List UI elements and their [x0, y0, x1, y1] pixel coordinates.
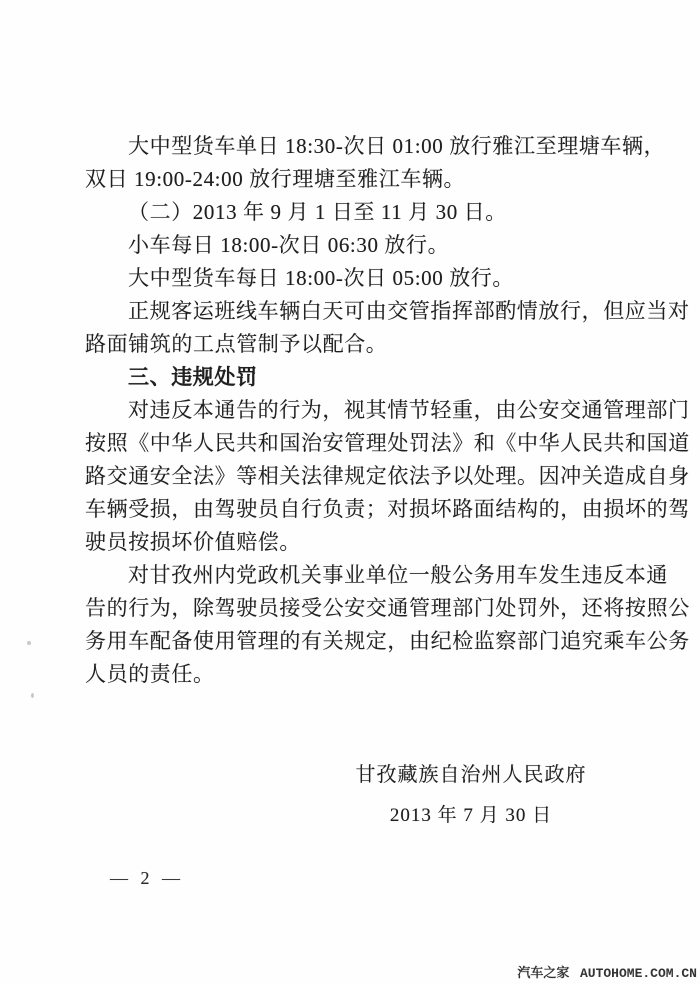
scan-speckle [27, 641, 31, 645]
text-line: 路交通安全法》等相关法律规定依法予以处理。因冲关造成自身 [85, 460, 630, 493]
text-line: 大中型货车单日 18:30-次日 01:00 放行雅江至理塘车辆， [85, 130, 630, 163]
text-line: 车辆受损，由驾驶员自行负责；对损坏路面结构的，由损坏的驾 [85, 493, 630, 526]
signature-block: 甘孜藏族自治州人民政府 2013 年 7 月 30 日 [351, 761, 591, 829]
document-body: 大中型货车单日 18:30-次日 01:00 放行雅江至理塘车辆，双日 19:0… [85, 130, 630, 691]
text-line: 正规客运班线车辆白天可由交管指挥部酌情放行，但应当对 [85, 295, 630, 328]
text-line: （二）2013 年 9 月 1 日至 11 月 30 日。 [85, 196, 630, 229]
watermark: 汽车之家 AUTOHOME.COM.CN [517, 962, 697, 981]
text-line: 告的行为，除驾驶员接受公安交通管理部门处罚外，还将按照公 [85, 592, 630, 625]
text-line: 务用车配备使用管理的有关规定，由纪检监察部门追究乘车公务 [85, 625, 630, 658]
text-line: 双日 19:00-24:00 放行理塘至雅江车辆。 [85, 163, 630, 196]
page-number: — 2 — [110, 868, 184, 889]
text-line: 小车每日 18:00-次日 06:30 放行。 [85, 229, 630, 262]
watermark-site-name: 汽车之家 [517, 965, 569, 980]
text-line: 对违反本通告的行为，视其情节轻重，由公安交通管理部门 [85, 394, 630, 427]
text-line: 对甘孜州内党政机关事业单位一般公务用车发生违反本通 [85, 559, 630, 592]
text-line: 路面铺筑的工点管制予以配合。 [85, 328, 630, 361]
scan-speckle [31, 693, 34, 698]
text-line: 大中型货车每日 18:00-次日 05:00 放行。 [85, 262, 630, 295]
text-line: 驶员按损坏价值赔偿。 [85, 526, 630, 559]
document-page: 大中型货车单日 18:30-次日 01:00 放行雅江至理塘车辆，双日 19:0… [0, 0, 700, 984]
text-line: 人员的责任。 [85, 658, 630, 691]
section-heading: 三、违规处罚 [85, 361, 630, 394]
signature-organization: 甘孜藏族自治州人民政府 [351, 761, 591, 789]
text-line: 按照《中华人民共和国治安管理处罚法》和《中华人民共和国道 [85, 427, 630, 460]
signature-date: 2013 年 7 月 30 日 [351, 802, 591, 829]
watermark-site-url: AUTOHOME.COM.CN [580, 966, 697, 981]
